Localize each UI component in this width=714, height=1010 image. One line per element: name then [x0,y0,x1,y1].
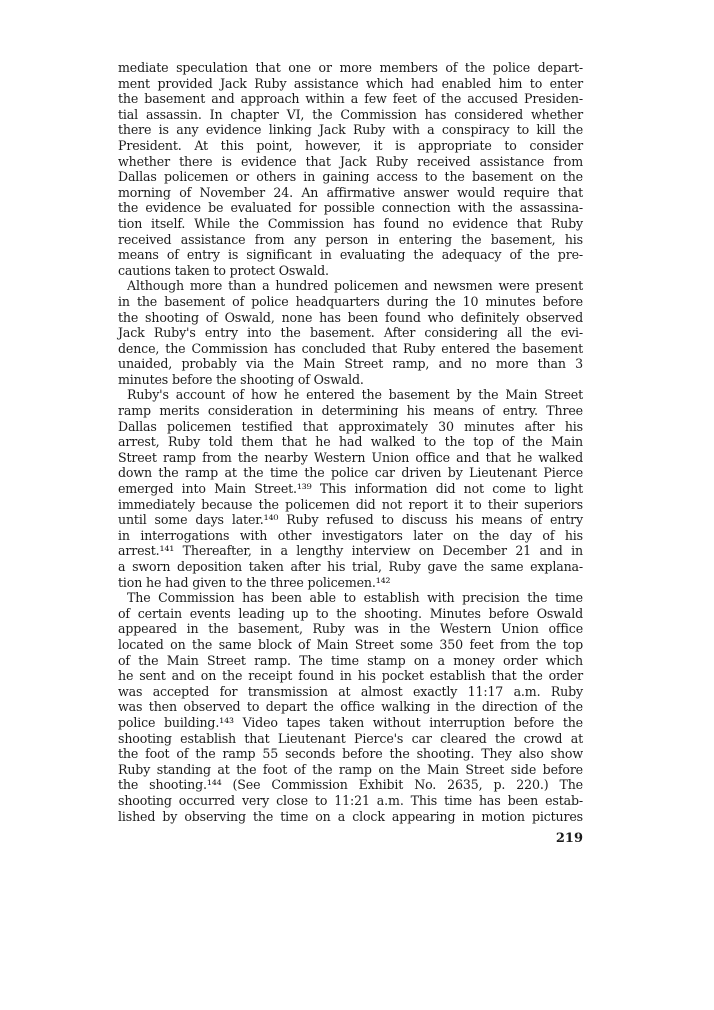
text-line: the foot of the ramp 55 seconds before t… [118,746,583,762]
text-line: means of entry is significant in evaluat… [118,247,583,263]
paragraph: Although more than a hundred policemen a… [118,278,583,387]
text-line: appeared in the basement, Ruby was in th… [118,621,583,637]
text-line: the shooting.¹⁴⁴ (See Commission Exhibit… [118,777,583,793]
text-line: minutes before the shooting of Oswald. [118,372,583,388]
text-line: immediately because the policemen did no… [118,497,583,513]
text-line: Ruby's account of how he entered the bas… [118,387,583,403]
text-line: shooting occurred very close to 11:21 a.… [118,793,583,809]
text-line: tial assassin. In chapter VI, the Commis… [118,107,583,123]
text-line: was accepted for transmission at almost … [118,684,583,700]
text-line: whether there is evidence that Jack Ruby… [118,154,583,170]
text-line: President. At this point, however, it is… [118,138,583,154]
paragraph: The Commission has been able to establis… [118,590,583,824]
text-line: of certain events leading up to the shoo… [118,606,583,622]
text-line: The Commission has been able to establis… [118,590,583,606]
text-line: dence, the Commission has concluded that… [118,341,583,357]
text-line: police building.¹⁴³ Video tapes taken wi… [118,715,583,731]
text-line: in interrogations with other investigato… [118,528,583,544]
text-line: Dallas policemen or others in gaining ac… [118,169,583,185]
text-line: a sworn deposition taken after his trial… [118,559,583,575]
text-line: Ruby standing at the foot of the ramp on… [118,762,583,778]
text-line: arrest.¹⁴¹ Thereafter, in a lengthy inte… [118,543,583,559]
text-line: ment provided Jack Ruby assistance which… [118,76,583,92]
text-line: emerged into Main Street.¹³⁹ This inform… [118,481,583,497]
text-line: was then observed to depart the office w… [118,699,583,715]
text-line: arrest, Ruby told them that he had walke… [118,434,583,450]
text-line: Jack Ruby's entry into the basement. Aft… [118,325,583,341]
page-number: 219 [540,831,583,846]
text-line: received assistance from any person in e… [118,232,583,248]
text-line: the evidence be evaluated for possible c… [118,200,583,216]
text-line: the shooting of Oswald, none has been fo… [118,310,583,326]
text-line: of the Main Street ramp. The time stamp … [118,653,583,669]
paragraph: Ruby's account of how he entered the bas… [118,387,583,590]
text-line: the basement and approach within a few f… [118,91,583,107]
text-line: located on the same block of Main Street… [118,637,583,653]
text-line: until some days later.¹⁴⁰ Ruby refused t… [118,512,583,528]
text-line: he sent and on the receipt found in his … [118,668,583,684]
text-line: down the ramp at the time the police car… [118,465,583,481]
text-line: tion itself. While the Commission has fo… [118,216,583,232]
text-line: in the basement of police headquarters d… [118,294,583,310]
paragraph: mediate speculation that one or more mem… [118,60,583,278]
text-line: cautions taken to protect Oswald. [118,263,583,279]
text-line: ramp merits consideration in determining… [118,403,583,419]
text-line: unaided, probably via the Main Street ra… [118,356,583,372]
text-line: Street ramp from the nearby Western Unio… [118,450,583,466]
text-line: shooting establish that Lieutenant Pierc… [118,731,583,747]
text-line: morning of November 24. An affirmative a… [118,185,583,201]
text-line: mediate speculation that one or more mem… [118,60,583,76]
text-line: Although more than a hundred policemen a… [118,278,583,294]
text-line: tion he had given to the three policemen… [118,575,583,591]
document-body: mediate speculation that one or more mem… [118,60,583,824]
text-line: Dallas policemen testified that approxim… [118,419,583,435]
text-line: lished by observing the time on a clock … [118,809,583,825]
text-line: there is any evidence linking Jack Ruby … [118,122,583,138]
